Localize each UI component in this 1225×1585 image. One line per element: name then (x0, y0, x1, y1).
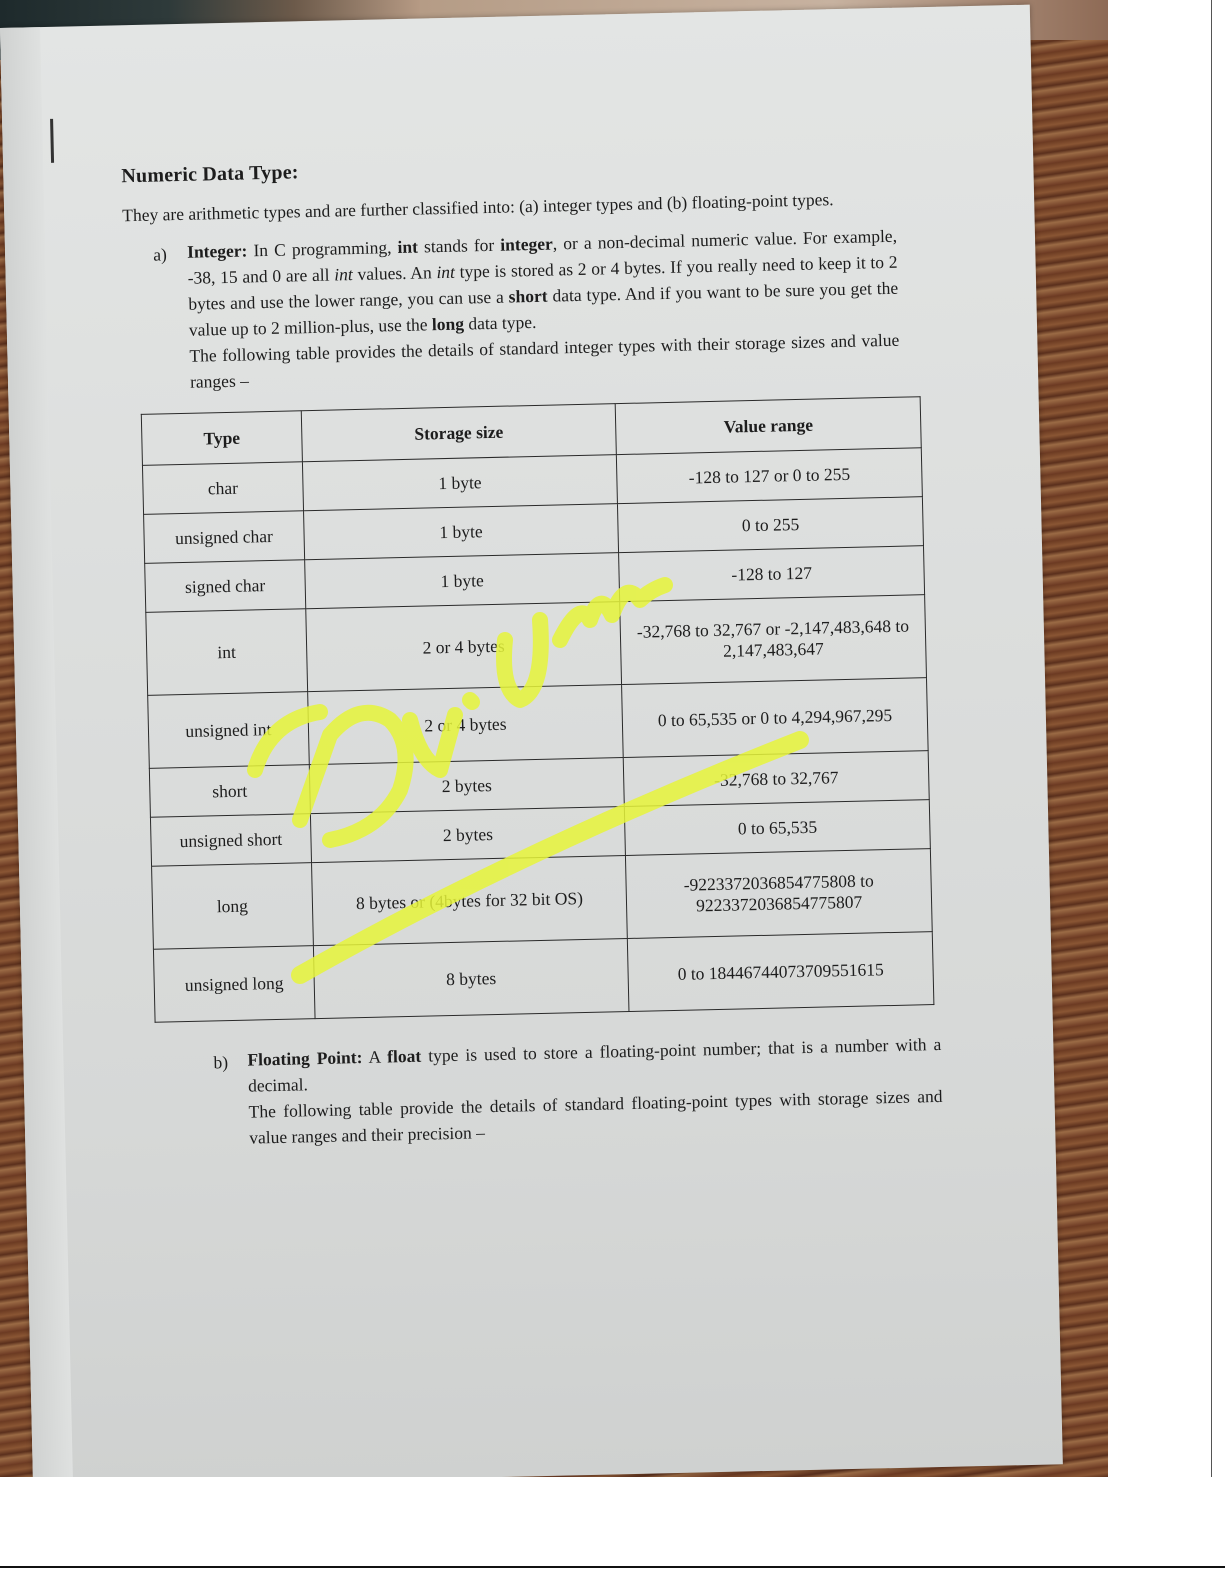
cell-type: unsigned int (148, 692, 309, 769)
cell-type: int (146, 609, 308, 696)
cell-range: 0 to 18446744073709551615 (628, 932, 934, 1012)
cell-range: -32,768 to 32,767 or -2,147,483,648 to 2… (620, 595, 927, 685)
cell-range: 0 to 65,535 (625, 800, 931, 856)
header-storage-size: Storage size (301, 404, 617, 462)
frame-border-right (1211, 0, 1212, 1477)
section-marker: b) (141, 1047, 249, 1153)
cell-type: long (152, 863, 314, 950)
cell-type: unsigned long (153, 946, 314, 1023)
cell-type: short (149, 765, 310, 818)
cell-type: signed char (145, 560, 306, 613)
cell-range: -128 to 127 or 0 to 255 (617, 448, 923, 504)
header-type: Type (141, 411, 302, 466)
section-floating-point: b) Floating Point: A float type is used … (141, 1031, 943, 1153)
cell-size: 1 byte (303, 504, 618, 560)
cell-range: -9223372036854775808 to 9223372036854775… (626, 849, 933, 939)
page-heading: Numeric Data Type: (121, 147, 921, 188)
header-value-range: Value range (615, 397, 921, 455)
section-marker: a) (123, 239, 191, 396)
cell-range: 0 to 255 (618, 497, 924, 553)
cell-type: char (142, 462, 303, 515)
cell-type: unsigned char (144, 511, 305, 564)
paper-page: Numeric Data Type: They are arithmetic t… (0, 5, 1063, 1477)
cell-type: unsigned short (150, 814, 311, 867)
cell-size: 8 bytes or (4bytes for 32 bit OS) (311, 856, 627, 946)
intro-paragraph: They are arithmetic types and are furthe… (122, 183, 892, 230)
cell-size: 2 bytes (309, 758, 624, 814)
cell-size: 2 or 4 bytes (306, 602, 622, 692)
cell-range: 0 to 65,535 or 0 to 4,294,967,295 (622, 678, 928, 758)
cell-range: -128 to 127 (619, 546, 925, 602)
pen-mark (50, 119, 54, 163)
cell-size: 8 bytes (313, 938, 629, 1018)
section-integer: a) Integer: In C programming, int stands… (123, 222, 926, 396)
cell-range: -32,768 to 32,767 (623, 751, 929, 807)
cell-size: 2 bytes (310, 807, 625, 863)
page-content: Numeric Data Type: They are arithmetic t… (121, 147, 943, 1153)
frame-border-bottom (0, 1566, 1225, 1568)
section-title: Integer: (187, 240, 248, 261)
cell-size: 2 or 4 bytes (307, 685, 623, 765)
cell-size: 1 byte (304, 553, 619, 609)
section-title: Floating Point: (247, 1047, 362, 1070)
photo-background: Numeric Data Type: They are arithmetic t… (0, 0, 1108, 1477)
cell-size: 1 byte (302, 455, 617, 511)
paper-fold (0, 27, 73, 1477)
integer-description: Integer: In C programming, int stands fo… (187, 223, 899, 343)
integer-types-table: Type Storage size Value range char 1 byt… (141, 396, 935, 1023)
